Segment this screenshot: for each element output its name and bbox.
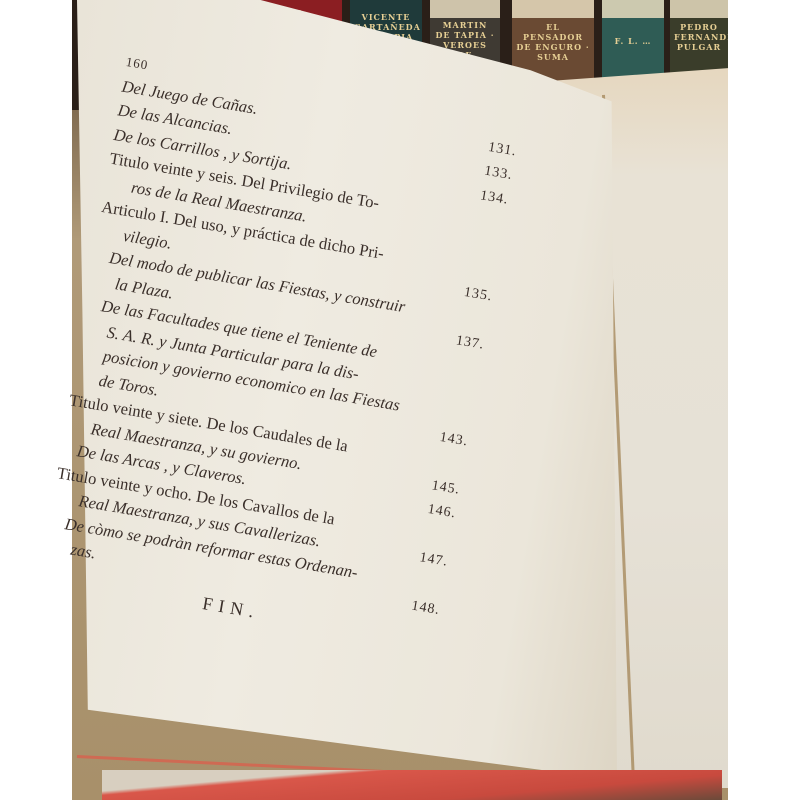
book-cover-edge — [102, 770, 722, 800]
fin-marker: FIN. — [201, 591, 262, 625]
book-spine-title: PEDRO FERNANDEZ PULGAR — [674, 22, 724, 52]
book-spine-title: EL PENSADOR DE ENGURO · SUMA — [516, 22, 590, 62]
book-spine-title: F. L. … — [606, 36, 660, 46]
